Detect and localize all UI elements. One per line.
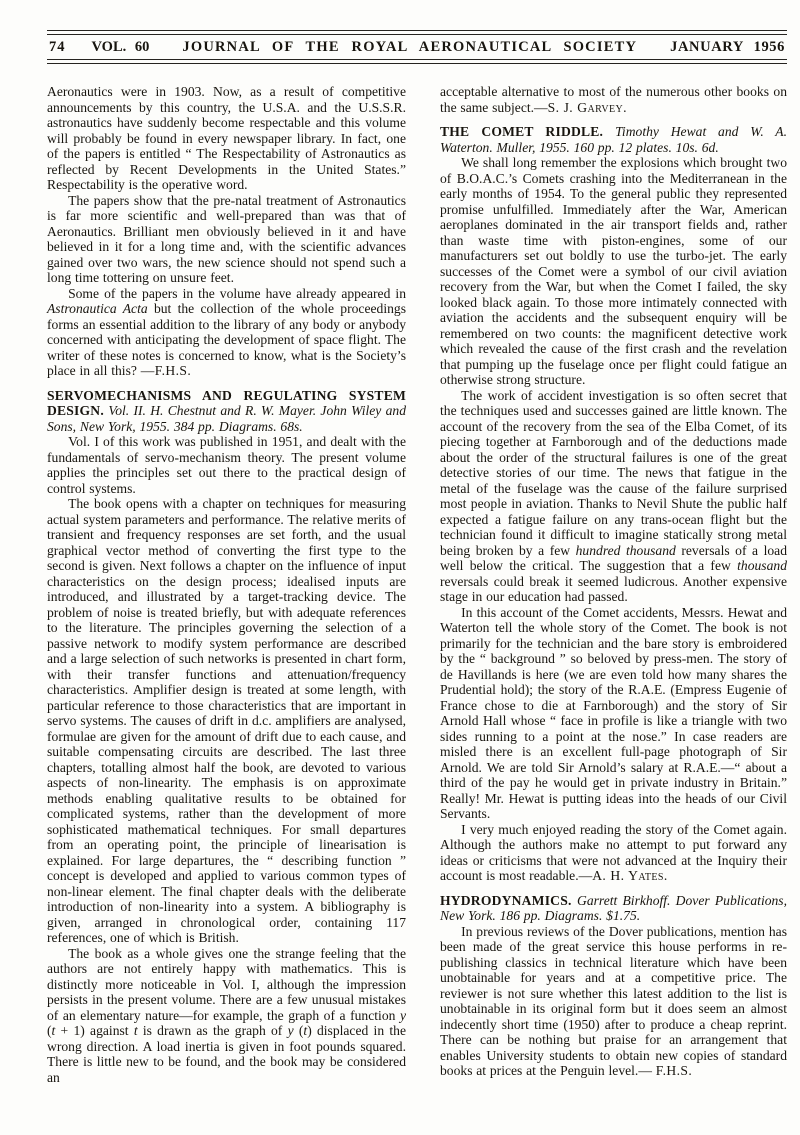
- text-run: y: [400, 1008, 406, 1023]
- servomechanisms-review-paragraph-3: The book as a whole gives one the strang…: [47, 946, 406, 1086]
- text-run: + 1) against: [55, 1023, 134, 1038]
- servomechanisms-review-paragraph-2: The book opens with a chapter on techniq…: [47, 496, 406, 946]
- comet-riddle-review-paragraph-2: The work of accident investigation is so…: [440, 388, 787, 605]
- servomechanisms-review-paragraph-1: Vol. I of this work was published in 195…: [47, 434, 406, 496]
- column-left: Aeronautics were in 1903. Now, as a resu…: [47, 84, 406, 1085]
- text-run: is drawn as the graph of: [138, 1023, 288, 1038]
- comet-riddle-review-paragraph-1: We shall long remember the explosions wh…: [440, 155, 787, 388]
- text-run: Some of the papers in the volume have al…: [68, 286, 406, 301]
- hydrodynamics-review-paragraph-1-signoff: In previous reviews of the Dover publica…: [440, 924, 787, 1079]
- text-run: The book opens with a chapter on techniq…: [47, 496, 406, 945]
- text-run: Astronautica Acta: [47, 301, 148, 316]
- astronautics-review-paragraph-2: The papers show that the pre-natal treat…: [47, 193, 406, 286]
- content-columns: Aeronautics were in 1903. Now, as a resu…: [47, 84, 787, 1085]
- text-run: Vol. I of this work was published in 195…: [47, 434, 406, 496]
- hydrodynamics-review-heading: HYDRODYNAMICS. Garrett Birkhoff. Dover P…: [440, 893, 787, 924]
- text-run: We shall long remember the explosions wh…: [440, 155, 787, 387]
- text-run: The work of accident investigation is so…: [440, 388, 787, 558]
- text-run: In previous reviews of the Dover publica…: [440, 924, 787, 1079]
- text-run: —F.H.S.: [141, 363, 191, 378]
- servomechanisms-review-continuation-signoff: acceptable alternative to most of the nu…: [440, 84, 787, 115]
- comet-riddle-review-paragraph-3: In this account of the Comet accidents, …: [440, 605, 787, 822]
- text-run: In this account of the Comet accidents, …: [440, 605, 787, 822]
- page-header: 74 VOL. 60 JOURNAL OF THE ROYAL AERONAUT…: [47, 30, 787, 64]
- comet-riddle-review-paragraph-4-signoff: I very much enjoyed reading the story of…: [440, 822, 787, 884]
- text-run: reversals could break it seemed ludicrou…: [440, 574, 787, 605]
- text-run: (: [294, 1023, 304, 1038]
- volume-label: VOL. 60: [92, 39, 150, 56]
- journal-page: 74 VOL. 60 JOURNAL OF THE ROYAL AERONAUT…: [0, 0, 800, 1135]
- text-run: hundred thousand: [576, 543, 676, 558]
- astronautics-review-paragraph-3-signoff: Some of the papers in the volume have al…: [47, 286, 406, 379]
- header-rule-bottom: [47, 59, 787, 64]
- text-run: HYDRODYNAMICS.: [440, 893, 577, 908]
- text-run: A. H. Yates.: [592, 868, 667, 883]
- text-run: Aeronautics were in 1903. Now, as a resu…: [47, 84, 406, 192]
- page-number: 74: [49, 39, 66, 56]
- comet-riddle-review-heading: THE COMET RIDDLE. Timothy Hewat and W. A…: [440, 124, 787, 155]
- astronautics-review-continuation: Aeronautics were in 1903. Now, as a resu…: [47, 84, 406, 193]
- journal-title: JOURNAL OF THE ROYAL AERONAUTICAL SOCIET…: [149, 39, 670, 56]
- column-right: acceptable alternative to most of the nu…: [440, 84, 787, 1085]
- header-row: 74 VOL. 60 JOURNAL OF THE ROYAL AERONAUT…: [47, 35, 787, 59]
- text-run: The papers show that the pre-natal treat…: [47, 193, 406, 286]
- text-run: F.H.S.: [656, 1063, 692, 1078]
- header-left-group: 74 VOL. 60: [49, 39, 149, 56]
- servomechanisms-review-heading: SERVOMECHANISMS AND REGULATING SYSTEM DE…: [47, 388, 406, 435]
- issue-date: JANUARY 1956: [670, 39, 785, 56]
- text-run: The book as a whole gives one the strang…: [47, 946, 406, 1023]
- text-run: S. J. Garvey.: [548, 100, 627, 115]
- text-run: thousand: [737, 558, 787, 573]
- text-run: THE COMET RIDDLE.: [440, 124, 615, 139]
